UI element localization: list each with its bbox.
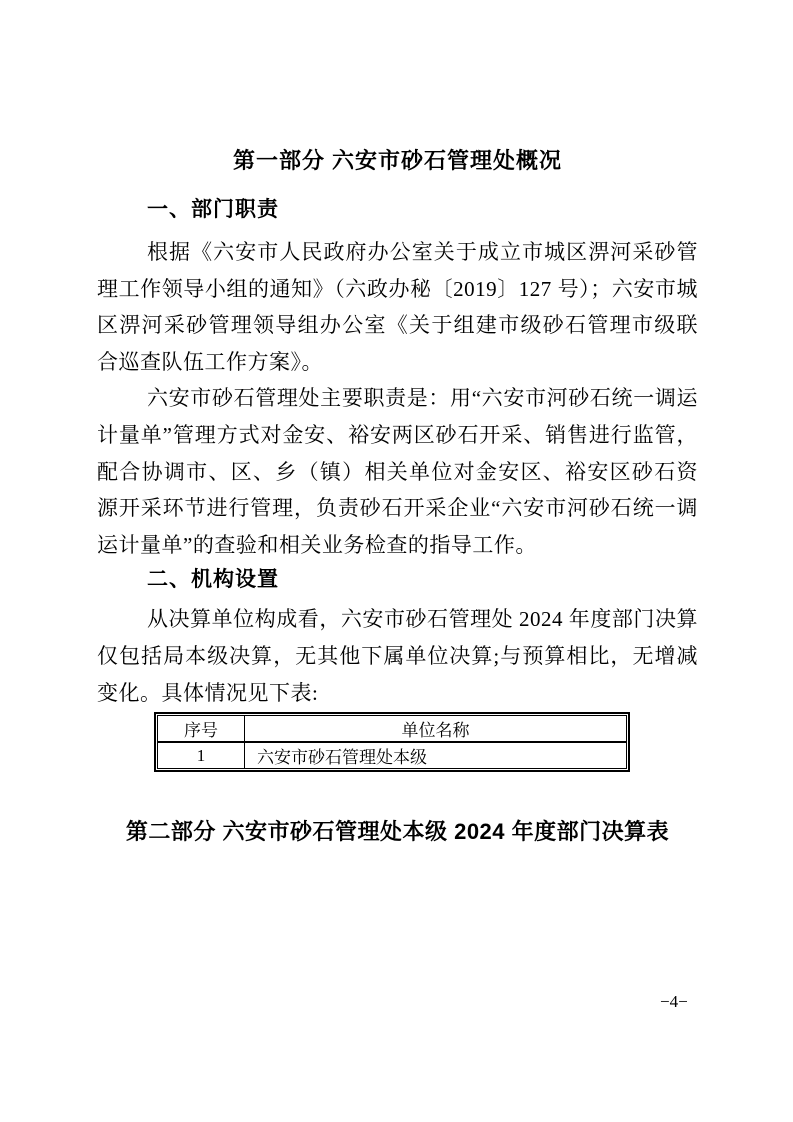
part1-title: 第一部分 六安市砂石管理处概况: [97, 146, 698, 175]
section1-paragraph-1: 根据《六安市人民政府办公室关于成立市城区淠河采砂管理工作领导小组的通知》（六政办…: [97, 234, 698, 380]
unit-table-header-row: 序号 单位名称: [158, 716, 627, 743]
page-number: −4−: [660, 993, 688, 1011]
document-page: 第一部分 六安市砂石管理处概况 一、部门职责 根据《六安市人民政府办公室关于成立…: [0, 0, 793, 1122]
unit-table-cell-name: 六安市砂石管理处本级: [245, 742, 627, 769]
document-content: 第一部分 六安市砂石管理处概况 一、部门职责 根据《六安市人民政府办公室关于成立…: [97, 0, 698, 846]
section2-paragraph: 从决算单位构成看，六安市砂石管理处 2024 年度部门决算仅包括局本级决算，无其…: [97, 601, 698, 711]
unit-table-header-name: 单位名称: [245, 716, 627, 743]
unit-table-border: 序号 单位名称 1 六安市砂石管理处本级: [154, 712, 630, 772]
section2-heading: 二、机构设置: [147, 566, 698, 593]
part2-title: 第二部分 六安市砂石管理处本级 2024 年度部门决算表: [97, 818, 698, 846]
unit-table-header-index: 序号: [158, 716, 245, 743]
unit-table: 序号 单位名称 1 六安市砂石管理处本级: [157, 715, 627, 769]
section1-heading: 一、部门职责: [147, 196, 698, 223]
unit-table-cell-index: 1: [158, 742, 245, 769]
table-row: 1 六安市砂石管理处本级: [158, 742, 627, 769]
section1-paragraph-2: 六安市砂石管理处主要职责是：用“六安市河砂石统一调运计量单”管理方式对金安、裕安…: [97, 380, 698, 563]
